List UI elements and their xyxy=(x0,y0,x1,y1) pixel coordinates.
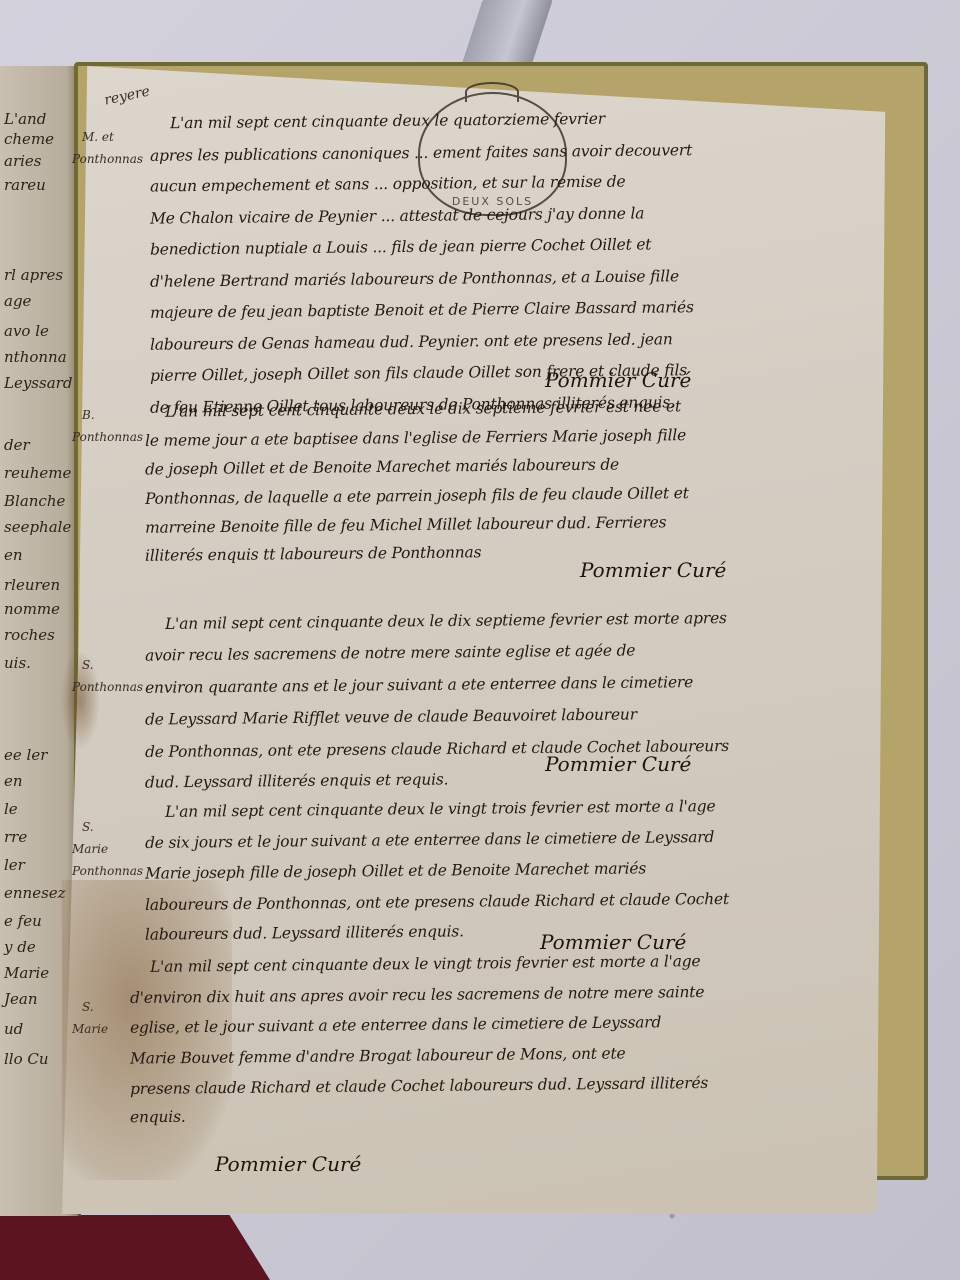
facing-page-fragment: ee ler xyxy=(4,746,47,764)
entry-line: laboureurs dud. Leyssard illiterés enqui… xyxy=(145,922,464,943)
facing-page-fragment: Marie xyxy=(4,964,49,982)
facing-page-fragment: rleuren xyxy=(4,576,60,594)
facing-page-fragment: der xyxy=(4,436,30,454)
margin-note: B. xyxy=(82,408,95,422)
facing-page-fragment: L'and xyxy=(4,110,46,128)
priest-signature: Pommier Curé xyxy=(540,930,686,954)
facing-page-fragment: Blanche xyxy=(4,492,65,510)
facing-page-fragment: en xyxy=(4,772,23,790)
facing-page-fragment: ler xyxy=(4,856,25,874)
water-stain-small xyxy=(60,650,100,750)
margin-note: Ponthonnas xyxy=(72,152,143,166)
crown-icon xyxy=(465,82,519,102)
entry-line: dud. Leyssard illiterés enquis et requis… xyxy=(145,770,449,791)
facing-page-fragment: seephale xyxy=(4,518,71,536)
facing-page-fragment: rl apres xyxy=(4,266,63,284)
facing-page-fragment: ud xyxy=(4,1020,23,1038)
facing-page-fragment: le xyxy=(4,800,18,818)
margin-note: M. et xyxy=(82,130,114,144)
margin-note: Ponthonnas xyxy=(72,680,143,694)
facing-page-fragment: nomme xyxy=(4,600,60,618)
facing-page-fragment: rre xyxy=(4,828,27,846)
facing-page-fragment: e feu xyxy=(4,912,42,930)
facing-page-fragment: uis. xyxy=(4,654,31,672)
facing-page-fragment: Leyssard xyxy=(4,374,72,392)
margin-note: S. xyxy=(82,820,94,834)
facing-page-fragment: en xyxy=(4,546,23,564)
margin-note: Marie xyxy=(72,1022,108,1036)
priest-signature: Pommier Curé xyxy=(215,1152,361,1176)
priest-signature: Pommier Curé xyxy=(545,752,691,776)
facing-page-fragment: nthonna xyxy=(4,348,67,366)
entry-line: illiterés enquis tt laboureurs de Pontho… xyxy=(145,543,481,565)
margin-note: Ponthonnas xyxy=(72,430,143,444)
margin-note: S. xyxy=(82,658,94,672)
facing-page-fragment: aries xyxy=(4,152,42,170)
facing-page-fragment: roches xyxy=(4,626,55,644)
facing-page-fragment: ennesez xyxy=(4,884,66,902)
facing-page-fragment: Jean xyxy=(4,990,38,1008)
priest-signature: Pommier Curé xyxy=(580,558,726,582)
facing-page-fragment: age xyxy=(4,292,31,310)
facing-page-fragment: y de xyxy=(4,938,36,956)
margin-note: Marie xyxy=(72,842,108,856)
margin-note: S. xyxy=(82,1000,94,1014)
priest-signature: Pommier Curé xyxy=(545,368,691,392)
facing-page-fragment: cheme xyxy=(4,130,54,148)
entry-line: enquis. xyxy=(130,1107,186,1126)
red-cloth xyxy=(0,1215,270,1280)
facing-page-fragment: reuheme xyxy=(4,464,71,482)
facing-page-fragment: avo le xyxy=(4,322,49,340)
margin-note: Ponthonnas xyxy=(72,864,143,878)
facing-page-fragment: rareu xyxy=(4,176,46,194)
facing-page-fragment: llo Cu xyxy=(4,1050,49,1068)
